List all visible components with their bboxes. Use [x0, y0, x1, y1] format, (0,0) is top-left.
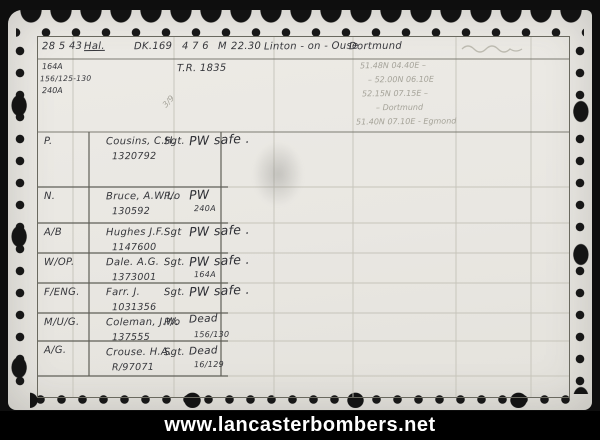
route-note-1: 51.48N 04.40E –	[360, 61, 426, 71]
crew-rank: Sgt.	[164, 136, 185, 147]
crew-rank: Sgt.	[164, 347, 185, 358]
target-name: Dortmund	[349, 41, 402, 53]
takeoff-time: 22.30	[231, 41, 261, 52]
scanned-photo-area: 28 5 43 Hal. DK.169 4 7 6 M 22.30 Linton…	[0, 0, 600, 411]
crew-note: 240A	[194, 204, 216, 213]
crew-note: 164A	[194, 270, 216, 279]
route-note-2: – 52.00N 06.10E	[368, 75, 434, 85]
crew-status: PW safe .	[189, 252, 250, 270]
crew-status: PW safe .	[189, 131, 250, 149]
crew-rank: P/o	[164, 191, 181, 202]
crew-name: Farr. J.	[106, 287, 140, 298]
record-card: 28 5 43 Hal. DK.169 4 7 6 M 22.30 Linton…	[8, 10, 592, 410]
crew-note: 16/129	[194, 360, 224, 369]
crew-name: Hughes J.F.	[106, 227, 164, 239]
crew-note: 156/130	[194, 330, 229, 339]
crew-role: N.	[44, 191, 55, 202]
crew-rank: Sgt.	[164, 287, 185, 298]
route-note-5: 51.40N 07.10E - Egmond	[356, 116, 456, 126]
crew-role: M/U/G.	[44, 317, 80, 328]
crew-status: PW	[189, 187, 210, 203]
time-reference: T.R. 1835	[177, 63, 227, 75]
code-letter: M	[218, 41, 227, 52]
aircraft-serial: DK.169	[134, 41, 172, 52]
crew-name: Dale. A.G.	[106, 257, 159, 269]
crew-row-mid-upper-gunner: M/U/G. Coleman, J.W. 137555 P/o Dead 156…	[38, 313, 358, 341]
aircraft-type: Hal.	[84, 41, 105, 52]
crew-number: 130592	[112, 206, 150, 217]
crew-number: 1147600	[112, 242, 157, 253]
record-table: 28 5 43 Hal. DK.169 4 7 6 M 22.30 Linton…	[37, 36, 570, 398]
crew-number: 1320792	[112, 151, 157, 162]
crew-rank: P/o	[164, 317, 181, 328]
crew-role: W/OP.	[44, 257, 75, 268]
ref-line-1: 164A	[42, 62, 63, 71]
sortie-header-row: 28 5 43 Hal. DK.169 4 7 6 M 22.30 Linton…	[38, 37, 569, 59]
crew-number: R/97071	[112, 362, 154, 373]
crew-status: PW safe .	[189, 282, 250, 300]
crew-role: A/B	[44, 227, 62, 238]
route-note-3: 52.15N 07.15E –	[362, 89, 428, 99]
route-note-4: – Dortmund	[376, 103, 423, 112]
watermark-text: www.lancasterbombers.net	[164, 414, 435, 437]
crew-role: A/G.	[44, 345, 66, 356]
crew-number: 1373001	[112, 272, 157, 283]
crew-row-airbomber: A/B Hughes J.F. 1147600 Sgt PW safe .	[38, 223, 358, 253]
ref-line-2: 156/125-130	[40, 74, 92, 84]
crew-row-flight-engineer: F/ENG. Farr. J. 1031356 Sgt. PW safe .	[38, 283, 358, 313]
crew-row-navigator: N. Bruce, A.W.L. 130592 P/o PW 240A	[38, 187, 358, 223]
ref-line-3: 240A	[42, 86, 63, 95]
crew-name: Crouse. H.A.	[106, 347, 172, 359]
crew-row-air-gunner: A/G. Crouse. H.A. R/97071 Sgt. Dead 16/1…	[38, 341, 358, 376]
crew-role: P.	[44, 136, 53, 147]
crew-number: 1031356	[112, 302, 157, 313]
crew-role: F/ENG.	[44, 287, 80, 298]
crew-figures: 4 7 6	[182, 41, 209, 52]
crew-rank: Sgt.	[164, 257, 185, 268]
crew-row-wireless-op: W/OP. Dale. A.G. 1373001 Sgt. PW safe . …	[38, 253, 358, 283]
sortie-date: 28 5 43	[42, 41, 82, 52]
base-name: Linton - on - Ouse	[264, 41, 359, 53]
crew-status: PW safe .	[189, 222, 250, 240]
crew-row-pilot: P. Cousins, C.H. 1320792 Sgt. PW safe .	[38, 132, 358, 187]
crew-status: Dead	[189, 344, 218, 357]
perforation-edge-left	[11, 40, 29, 394]
crew-rank: Sgt	[164, 227, 182, 238]
perforation-edge-right	[571, 40, 589, 394]
watermark-bar: www.lancasterbombers.net	[0, 411, 600, 440]
crew-status: Dead	[189, 312, 218, 325]
